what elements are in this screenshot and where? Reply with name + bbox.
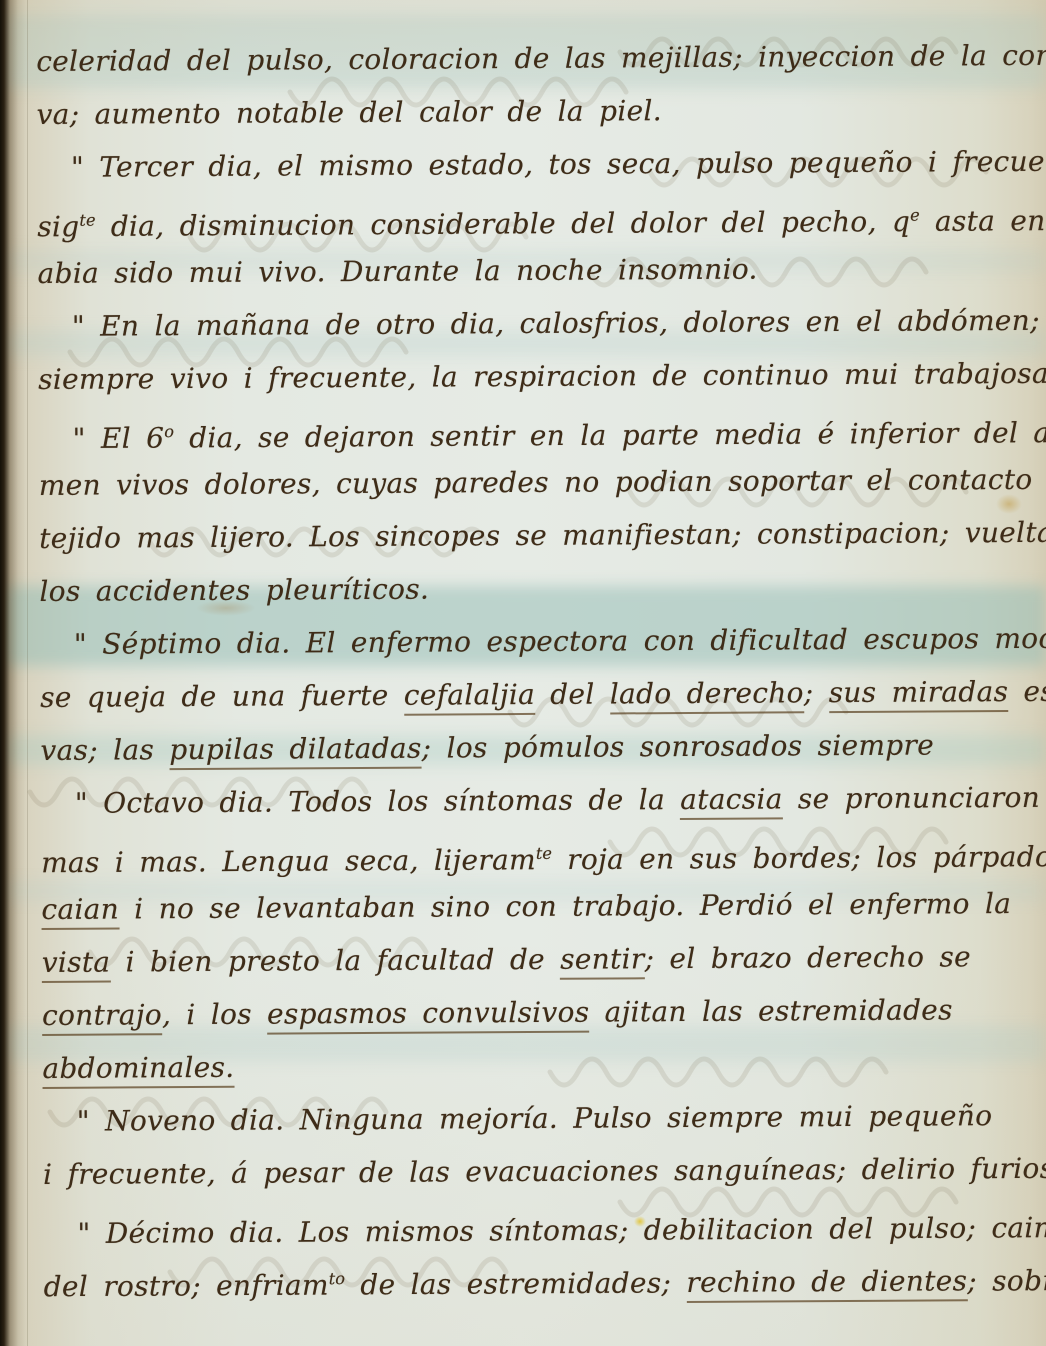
text-segment: " Noveno dia. Ninguna mejoría. Pulso sie…	[77, 1099, 993, 1138]
handwritten-text: celeridad del pulso, coloracion de las m…	[0, 0, 1046, 1346]
manuscript-line: sigte dia, disminucion considerable del …	[37, 191, 1046, 250]
manuscript-line: abdominales.	[42, 1045, 234, 1092]
text-segment: asta entónces	[920, 204, 1046, 238]
manuscript-line: del rostro; enfriamto de las estremidade…	[44, 1251, 1046, 1310]
text-segment: esqui —	[1008, 674, 1046, 708]
text-segment: i no se levantaban sino con trabajo. Per…	[119, 887, 1011, 925]
underlined-phrase: pupilas dilatadas	[169, 732, 422, 771]
text-segment: se queja de una fuerte	[40, 679, 404, 714]
manuscript-line: se queja de una fuerte cefalaljia del la…	[40, 668, 1046, 721]
superscript-abbreviation: to	[329, 1269, 345, 1288]
text-segment: dia, se dejaron sentir en la parte media…	[174, 416, 1046, 455]
text-segment: siempre vivo i frecuente, la respiracion…	[38, 357, 1046, 396]
text-segment: del rostro; enfriam	[44, 1269, 329, 1304]
manuscript-line: " Décimo dia. Los mismos síntomas; debil…	[77, 1199, 1046, 1257]
manuscript-line: tejido mas lijero. Los sincopes se manif…	[39, 509, 1046, 562]
text-segment: vas; las	[40, 733, 169, 767]
superscript-abbreviation: te	[79, 211, 95, 230]
text-segment: los accidentes pleuríticos.	[39, 573, 429, 608]
manuscript-line: vas; las pupilas dilatadas; los pómulos …	[40, 722, 934, 773]
underlined-phrase: rechino de dientes	[686, 1265, 967, 1304]
manuscript-line: celeridad del pulso, coloracion de las m…	[36, 32, 1046, 85]
text-segment: ajitan las estremidades	[589, 993, 953, 1028]
text-segment: i frecuente, á pesar de las evacuaciones…	[43, 1152, 1046, 1191]
manuscript-line: vista i bien presto la facultad de senti…	[42, 934, 972, 986]
text-segment: abia sido mui vivo. Durante la noche ins…	[37, 253, 757, 290]
underlined-phrase: abdominales.	[42, 1051, 234, 1089]
text-segment: sig	[37, 210, 79, 243]
text-segment: va; aumento notable del calor de la piel…	[36, 94, 661, 131]
underlined-phrase: espasmos convulsivos	[267, 996, 590, 1035]
underlined-phrase: sentir	[560, 942, 645, 980]
text-segment: , i los	[162, 998, 267, 1032]
text-segment: dia, disminucion considerable del dolor …	[95, 205, 910, 243]
manuscript-page: celeridad del pulso, coloracion de las m…	[0, 0, 1046, 1346]
text-segment: del	[535, 677, 610, 710]
superscript-abbreviation: te	[536, 844, 552, 863]
manuscript-line: siempre vivo i frecuente, la respiracion…	[38, 351, 1046, 403]
manuscript-line: i frecuente, á pesar de las evacuaciones…	[43, 1146, 1046, 1198]
superscript-abbreviation: e	[910, 206, 920, 225]
underlined-phrase: vista	[42, 946, 111, 983]
paper-crease	[27, 0, 28, 1346]
manuscript-line: " El 6o dia, se dejaron sentir en la par…	[72, 403, 1046, 462]
text-segment: men vivos dolores, cuyas paredes no podi…	[39, 463, 1046, 502]
text-segment: " Séptimo dia. El enfermo espectora con …	[74, 621, 1046, 660]
text-segment: " Décimo dia. Los mismos síntomas; debil…	[77, 1211, 1046, 1250]
text-segment: " Tercer dia, el mismo estado, tos seca,…	[71, 144, 1046, 184]
text-segment: celeridad del pulso, coloracion de las m…	[36, 38, 1046, 78]
text-segment: i bien presto la facultad de	[110, 943, 560, 979]
text-segment: ; sobre —	[967, 1264, 1046, 1298]
text-segment: roja en sus bordes; los párpados	[552, 840, 1046, 876]
text-segment: " El 6	[72, 422, 164, 456]
underlined-phrase: cefalaljia	[404, 678, 535, 716]
text-segment: de las estremidades;	[345, 1266, 686, 1301]
manuscript-line: los accidentes pleuríticos.	[39, 567, 429, 615]
underlined-phrase: atacsia	[680, 782, 783, 820]
manuscript-line: " Tercer dia, el mismo estado, tos seca,…	[71, 138, 1046, 191]
text-segment: tejido mas lijero. Los sincopes se manif…	[39, 515, 1046, 555]
text-segment: mas i mas. Lengua seca, lijeram	[41, 843, 536, 879]
underlined-phrase: lado derecho	[610, 676, 804, 714]
underlined-phrase: sus miradas	[829, 675, 1009, 713]
underlined-phrase: caian	[41, 892, 119, 929]
manuscript-line: mas i mas. Lengua seca, lijeramte roja e…	[41, 828, 1046, 887]
text-segment: " Octavo dia. Todos los síntomas de la	[75, 783, 681, 820]
text-segment: se pronunciaron	[783, 781, 1041, 816]
manuscript-line: " En la mañana de otro dia, calosfrios, …	[72, 297, 1046, 350]
manuscript-line: abia sido mui vivo. Durante la noche ins…	[37, 247, 757, 297]
manuscript-line: " Octavo dia. Todos los síntomas de la a…	[75, 775, 1041, 827]
text-segment: " En la mañana de otro dia, calosfrios, …	[72, 303, 1046, 343]
manuscript-line: va; aumento notable del calor de la piel…	[36, 88, 662, 138]
manuscript-line: contrajo, i los espasmos convulsivos aji…	[42, 987, 953, 1039]
text-segment: ;	[804, 676, 829, 709]
manuscript-line: " Séptimo dia. El enfermo espectora con …	[74, 615, 1046, 667]
manuscript-line: men vivos dolores, cuyas paredes no podi…	[39, 457, 1046, 509]
text-segment: ; los pómulos sonrosados siempre	[422, 728, 935, 764]
manuscript-line: caian i no se levantaban sino con trabaj…	[41, 881, 1011, 933]
manuscript-line: " Noveno dia. Ninguna mejoría. Pulso sie…	[77, 1093, 993, 1145]
text-segment: ; el brazo derecho se	[644, 940, 971, 975]
binding-shadow	[0, 0, 26, 1346]
underlined-phrase: contrajo	[42, 998, 162, 1036]
